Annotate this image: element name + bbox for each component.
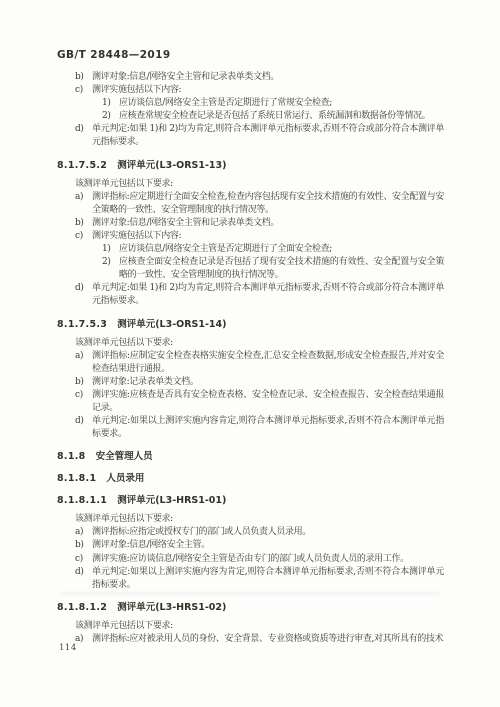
section-title: 测评单元(L3-ORS1-13) [117,160,226,171]
list-item: d)单元判定:如果以上测评实施内容为肯定,则符合本测评单元指标要求,否则不符合本… [75,566,444,592]
section-heading: 8.1.8.1人员录用 [57,472,443,485]
list-item-label: d) [75,415,92,441]
list-item-text: 测评实施:应访谈信息/网络安全主管是否由专门的部门或人员负责人员的录用工作。 [92,553,444,566]
paragraph: 该测评单元包括以下要求: [75,178,443,191]
list-item-label: b) [75,539,92,552]
sub-list-item: 2)应核查全面安全检查记录是否包括了现有安全技术措施的有效性、安全配置与安全策略… [102,256,444,282]
list-item: c)测评实施:应核查是否具有安全检查表格、安全检查记录、安全检查报告、安全检查结… [75,389,444,415]
paragraph: 该测评单元包括以下要求: [75,337,443,350]
list-item-text: 测评实施包括以下内容: [92,230,444,243]
list-item-text: 应访谈信息/网络安全主管是否定期进行了常规安全检查; [119,97,444,110]
section-heading: 8.1.7.5.3测评单元(L3-ORS1-14) [57,318,443,331]
list-item: b)测评对象:信息/网络安全主管和记录表单类文档。 [75,71,444,84]
section-heading: 8.1.7.5.2测评单元(L3-ORS1-13) [57,159,443,172]
list-item-text: 单元判定:如果以上测评实施内容肯定,则符合本测评单元指标要求,否则不符合本测评单… [92,415,444,441]
section-number: 8.1.8 [57,451,86,462]
list-item: b)测评对象:记录表单类文档。 [75,376,444,389]
sub-list-item: 1)应访谈信息/网络安全主管是否定期进行了常规安全检查; [102,97,444,110]
section-number: 8.1.8.1 [57,473,96,484]
list-item-text: 测评指标:应对被录用人员的身份、安全背景、专业资格或资质等进行审查,对其所具有的… [92,633,444,646]
list-item-text: 测评对象:信息/网络安全主管和记录表单类文档。 [92,217,444,230]
list-item-text: 测评指标:应定期进行全面安全检查,检查内容包括现有安全技术措施的有效性、安全配置… [92,191,444,217]
list-item-label: a) [75,633,92,646]
section-number: 8.1.7.5.3 [57,319,107,330]
section-number: 8.1.8.1.1 [57,495,107,506]
list-item-label: a) [75,191,92,217]
list-item-label: c) [75,389,92,415]
section-title: 测评单元(L3-ORS1-14) [117,319,226,330]
list-item-text: 测评实施包括以下内容: [92,84,444,97]
list-item: a)测评指标:应对被录用人员的身份、安全背景、专业资格或资质等进行审查,对其所具… [75,633,444,646]
list-item: b)测评对象:信息/网络安全主管和记录表单类文档。 [75,217,444,230]
document-page: GB/T 28448—2019 b)测评对象:信息/网络安全主管和记录表单类文档… [0,0,500,707]
list-item-text: 测评指标:应指定或授权专门的部门或人员负责人员录用。 [92,526,444,539]
list-item-label: c) [75,84,92,97]
section-title: 测评单元(L3-HRS1-01) [117,495,226,506]
list-item: a)测评指标:应定期进行全面安全检查,检查内容包括现有安全技术措施的有效性、安全… [75,191,444,217]
list-item-text: 测评对象:信息/网络安全主管。 [92,539,444,552]
list-item-text: 应核查全面安全检查记录是否包括了现有安全技术措施的有效性、安全配置与安全策略的一… [119,256,444,282]
list-item-text: 单元判定:如果 1)和 2)均为肯定,则符合本测评单元指标要求,否则不符合或部分… [92,123,444,149]
section-number: 8.1.8.1.2 [57,602,107,613]
list-item-label: c) [75,553,92,566]
section-heading: 8.1.8安全管理人员 [57,450,443,463]
list-item: b)测评对象:信息/网络安全主管。 [75,539,444,552]
list-item: a)测评指标:应指定或授权专门的部门或人员负责人员录用。 [75,526,444,539]
list-item-label: 2) [102,110,119,123]
list-item-label: 1) [102,243,119,256]
list-item-label: d) [75,566,92,592]
list-item: a)测评指标:应制定安全检查表格实施安全检查,汇总安全检查数据,形成安全检查报告… [75,350,444,376]
list-item-label: b) [75,71,92,84]
list-item-label: a) [75,526,92,539]
document-content: b)测评对象:信息/网络安全主管和记录表单类文档。c)测评实施包括以下内容:1)… [0,71,500,646]
list-item-text: 测评实施:应核查是否具有安全检查表格、安全检查记录、安全检查报告、安全检查结果通… [92,389,444,415]
list-item-text: 测评对象:记录表单类文档。 [92,376,444,389]
list-item-text: 单元判定:如果以上测评实施内容为肯定,则符合本测评单元指标要求,否则不符合本测评… [92,566,444,592]
sub-list-item: 2)应核查常规安全检查记录是否包括了系统日常运行、系统漏洞和数据备份等情况。 [102,110,444,123]
page-number: 114 [59,643,77,653]
list-item-label: b) [75,217,92,230]
section-title: 人员录用 [106,473,144,484]
list-item-text: 单元判定:如果 1)和 2)均为肯定,则符合本测评单元指标要求,否则不符合或部分… [92,282,444,308]
list-item-text: 应核查常规安全检查记录是否包括了系统日常运行、系统漏洞和数据备份等情况。 [119,110,444,123]
list-item-label: a) [75,350,92,376]
list-item-label: d) [75,123,92,149]
list-item-label: 2) [102,256,119,282]
list-item-text: 测评指标:应制定安全检查表格实施安全检查,汇总安全检查数据,形成安全检查报告,并… [92,350,444,376]
list-item: d)单元判定:如果以上测评实施内容肯定,则符合本测评单元指标要求,否则不符合本测… [75,415,444,441]
standard-number-header: GB/T 28448—2019 [57,49,171,61]
list-item: d)单元判定:如果 1)和 2)均为肯定,则符合本测评单元指标要求,否则不符合或… [75,282,444,308]
list-item-label: 1) [102,97,119,110]
list-item: c)测评实施:应访谈信息/网络安全主管是否由专门的部门或人员负责人员的录用工作。 [75,553,444,566]
paragraph: 该测评单元包括以下要求: [75,513,443,526]
list-item-label: d) [75,282,92,308]
section-title: 安全管理人员 [96,451,153,462]
section-number: 8.1.7.5.2 [57,160,107,171]
sub-list-item: 1)应访谈信息/网络安全主管是否定期进行了全面安全检查; [102,243,444,256]
list-item-text: 测评对象:信息/网络安全主管和记录表单类文档。 [92,71,444,84]
list-item: d)单元判定:如果 1)和 2)均为肯定,则符合本测评单元指标要求,否则不符合或… [75,123,444,149]
list-item-text: 应访谈信息/网络安全主管是否定期进行了全面安全检查; [119,243,444,256]
list-item-label: b) [75,376,92,389]
list-item: c)测评实施包括以下内容: [75,84,444,97]
section-heading: 8.1.8.1.1测评单元(L3-HRS1-01) [57,494,443,507]
paragraph: 该测评单元包括以下要求: [75,620,443,633]
list-item: c)测评实施包括以下内容: [75,230,444,243]
list-item-label: c) [75,230,92,243]
section-title: 测评单元(L3-HRS1-02) [117,602,226,613]
section-heading: 8.1.8.1.2测评单元(L3-HRS1-02) [57,601,443,614]
